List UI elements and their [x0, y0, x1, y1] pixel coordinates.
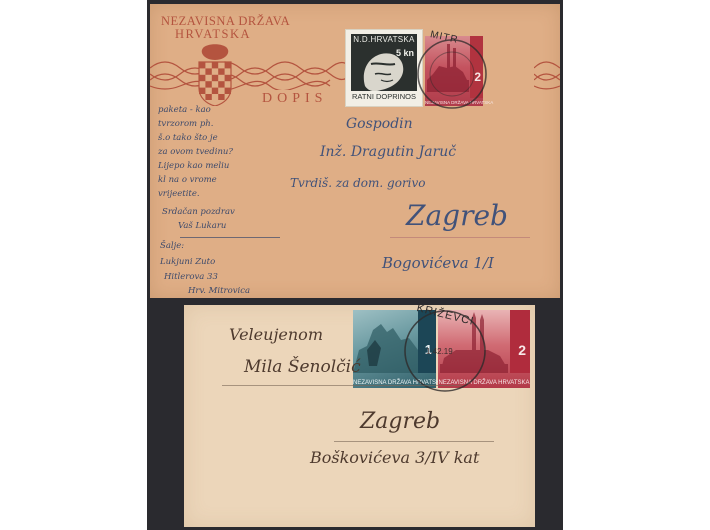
message-line: tvrzorom ph. [158, 118, 213, 131]
message-line: za ovom tvedinu? [158, 146, 233, 159]
address-line: Tvrdiš. za dom. gorivo [290, 176, 426, 190]
envelope-address-line: Veleujenom [229, 325, 323, 344]
croatian-coat-of-arms-icon [195, 44, 235, 106]
signature-underline [180, 237, 280, 238]
address-city: Zagreb [406, 199, 508, 232]
sender-line: Šalje: [160, 240, 184, 253]
address-line: Inž. Dragutin Jaruč [320, 144, 456, 160]
message-line: Srdačan pozdrav [162, 206, 235, 219]
envelope-postmark-date: 1.42.19 [426, 347, 453, 356]
sender-line: Lukjuni Zuto [160, 256, 215, 269]
war-contribution-stamp: N.D.HRVATSKA 5 kn RATNI DOPRINOS [346, 30, 422, 106]
war-stamp-bottom-text: RATNI DOPRINOS [351, 91, 417, 102]
message-line: vrijeetite. [158, 188, 200, 201]
sender-line: Hrv. Mitrovica [188, 285, 250, 298]
message-line: š.o tako što je [158, 132, 218, 145]
postcard: NEZAVISNA DRŽAVA HRVATSKA DOPIS N [150, 4, 560, 298]
message-line: paketa - kaо [158, 104, 211, 117]
postmark-circle [412, 34, 492, 114]
braid-ornament-right [534, 60, 560, 90]
address-rule [390, 237, 530, 238]
envelope: 1 NEZAVISNA DRŽAVA HRVATSKA 2 NEZAVISNA … [184, 305, 535, 527]
envelope-address-city: Zagreb [360, 409, 440, 434]
envelope-address-line: Mila Šenolčić [244, 357, 361, 377]
envelope-rule [334, 441, 494, 442]
sender-line: Hitlerova 33 [164, 271, 218, 284]
address-line: Bogovićeva 1/I [382, 254, 494, 272]
address-line: Gospodin [346, 116, 413, 132]
stamp-2-value: 2 [518, 342, 526, 358]
postcard-country-line2: HRVATSKA [175, 27, 251, 42]
braid-ornament [150, 60, 350, 90]
message-line: Lijepo kao meliu [158, 160, 229, 173]
envelope-rule [222, 385, 462, 386]
message-line: kl na o vrome [158, 174, 217, 187]
card-type-label: DOPIS [262, 91, 327, 107]
envelope-address-line: Boškovićeva 3/IV kat [310, 448, 479, 467]
message-signature: Vaš Lukaru [178, 220, 226, 233]
